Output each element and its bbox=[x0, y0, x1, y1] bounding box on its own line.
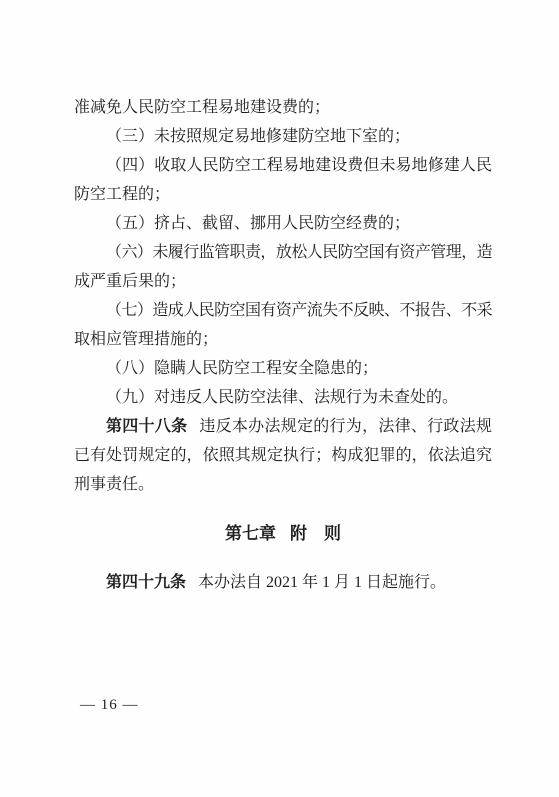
chapter-heading: 第七章附 则 bbox=[74, 519, 492, 548]
chapter-number: 第七章 bbox=[225, 524, 276, 543]
body-line-item-7: （七）造成人民防空国有资产流失不反映、不报告、不采 bbox=[74, 296, 492, 325]
body-line: 取相应管理措施的； bbox=[74, 325, 492, 354]
body-line-item-8: （八）隐瞒人民防空工程安全隐患的； bbox=[74, 354, 492, 383]
chapter-title: 附 则 bbox=[290, 524, 341, 543]
document-page: 准减免人民防空工程易地建设费的； （三）未按照规定易地修建防空地下室的； （四）… bbox=[0, 0, 559, 797]
document-body: 准减免人民防空工程易地建设费的； （三）未按照规定易地修建防空地下室的； （四）… bbox=[74, 93, 492, 597]
body-line-item-3: （三）未按照规定易地修建防空地下室的； bbox=[74, 122, 492, 151]
article-49-line: 第四十九条本办法自 2021 年 1 月 1 日起施行。 bbox=[74, 568, 492, 597]
body-line-item-5: （五）挤占、截留、挪用人民防空经费的； bbox=[74, 209, 492, 238]
body-line: 成严重后果的； bbox=[74, 267, 492, 296]
page-number-label: — 16 — bbox=[80, 697, 139, 713]
body-line: 已有处罚规定的，依照其规定执行；构成犯罪的，依法追究 bbox=[74, 441, 492, 470]
body-line: 准减免人民防空工程易地建设费的； bbox=[74, 93, 492, 122]
article-48-line: 第四十八条违反本办法规定的行为，法律、行政法规 bbox=[74, 412, 492, 441]
article-49-text: 本办法自 2021 年 1 月 1 日起施行。 bbox=[198, 574, 446, 591]
body-line: 防空工程的； bbox=[74, 180, 492, 209]
article-49-number: 第四十九条 bbox=[106, 574, 186, 591]
body-line-item-6: （六）未履行监管职责，放松人民防空国有资产管理，造 bbox=[74, 238, 492, 267]
article-48-text: 违反本办法规定的行为，法律、行政法规 bbox=[199, 418, 492, 435]
body-line: 刑事责任。 bbox=[74, 470, 492, 499]
page-number: — 16 — bbox=[80, 695, 139, 715]
body-line-item-9: （九）对违反人民防空法律、法规行为未查处的。 bbox=[74, 383, 492, 412]
article-48-number: 第四十八条 bbox=[106, 418, 187, 435]
body-line-item-4: （四）收取人民防空工程易地建设费但未易地修建人民 bbox=[74, 151, 492, 180]
